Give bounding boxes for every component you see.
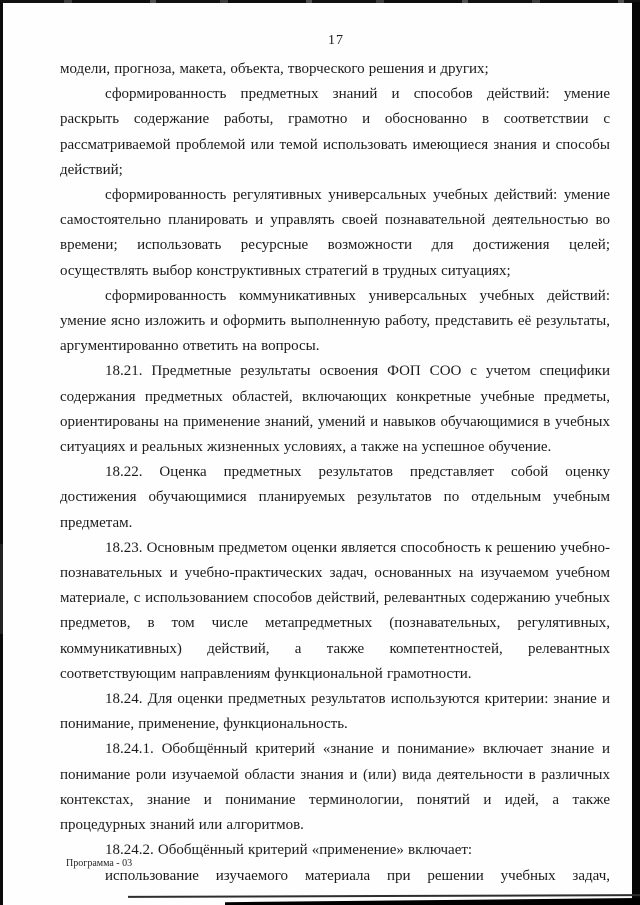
scan-edge-right	[632, 2, 640, 905]
paragraph: сформированность коммуникативных универс…	[60, 284, 610, 360]
paragraph: сформированность предметных знаний и спо…	[60, 82, 610, 183]
paragraph: использование изучаемого материала при р…	[60, 864, 610, 889]
paragraph: 18.21. Предметные результаты освоения ФО…	[60, 359, 610, 460]
paragraph: 18.24. Для оценки предметных результатов…	[60, 687, 610, 737]
document-page: 17 модели, прогноза, макета, объекта, тв…	[0, 0, 640, 905]
scan-edge-left	[0, 2, 3, 905]
document-body: модели, прогноза, макета, объекта, творч…	[60, 57, 610, 889]
scan-edge-bottom-line	[128, 894, 640, 898]
paragraph: 18.23. Основным предметом оценки являетс…	[60, 536, 610, 687]
paragraph: модели, прогноза, макета, объекта, творч…	[60, 57, 610, 82]
scan-edge-bottom-bar	[225, 898, 640, 905]
paragraph: 18.24.2. Обобщённый критерий «применение…	[60, 838, 610, 863]
footer-label: Программа - 03	[66, 858, 132, 869]
paragraph: 18.24.1. Обобщённый критерий «знание и п…	[60, 737, 610, 838]
paragraph: 18.22. Оценка предметных результатов пре…	[60, 460, 610, 536]
scan-edge-top	[0, 0, 640, 3]
paragraph: сформированность регулятивных универсаль…	[60, 183, 610, 284]
page-number: 17	[60, 33, 612, 49]
